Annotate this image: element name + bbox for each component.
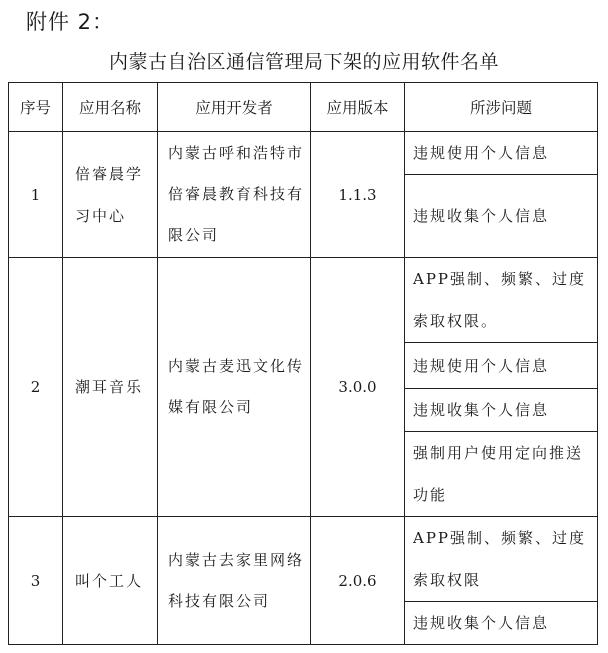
document-title: 内蒙古自治区通信管理局下架的应用软件名单 [0,47,608,74]
issue: 违规收集个人信息 [405,389,598,432]
header-developer: 应用开发者 [158,83,311,132]
row-index: 3 [9,517,63,645]
developer: 内蒙古去家里网络科技有限公司 [158,517,311,645]
issue: APP强制、频繁、过度索取权限 [405,517,598,602]
header-app-name: 应用名称 [63,83,158,132]
header-version: 应用版本 [311,83,405,132]
app-name: 叫个工人 [63,517,158,645]
header-index: 序号 [9,83,63,132]
issue: 违规使用个人信息 [405,343,598,389]
app-version: 3.0.0 [311,258,405,517]
table-header-row: 序号 应用名称 应用开发者 应用版本 所涉问题 [9,83,598,132]
row-index: 1 [9,132,63,258]
row-index: 2 [9,258,63,517]
table-row: 1 倍睿晨学习中心 内蒙古呼和浩特市倍睿晨教育科技有限公司 1.1.3 违规使用… [9,132,598,175]
developer: 内蒙古麦迅文化传媒有限公司 [158,258,311,517]
attachment-label: 附件 2： [26,6,114,36]
issue: 强制用户使用定向推送功能 [405,432,598,517]
header-issues: 所涉问题 [405,83,598,132]
app-name: 倍睿晨学习中心 [63,132,158,258]
app-version: 2.0.6 [311,517,405,645]
issue: APP强制、频繁、过度索取权限。 [405,258,598,343]
delisted-apps-table: 序号 应用名称 应用开发者 应用版本 所涉问题 1 倍睿晨学习中心 内蒙古呼和浩… [8,82,598,645]
issue: 违规使用个人信息 [405,132,598,175]
app-version: 1.1.3 [311,132,405,258]
issue: 违规收集个人信息 [405,602,598,645]
table-row: 2 潮耳音乐 内蒙古麦迅文化传媒有限公司 3.0.0 APP强制、频繁、过度索取… [9,258,598,343]
app-name: 潮耳音乐 [63,258,158,517]
table-row: 3 叫个工人 内蒙古去家里网络科技有限公司 2.0.6 APP强制、频繁、过度索… [9,517,598,602]
developer: 内蒙古呼和浩特市倍睿晨教育科技有限公司 [158,132,311,258]
issue: 违规收集个人信息 [405,175,598,258]
